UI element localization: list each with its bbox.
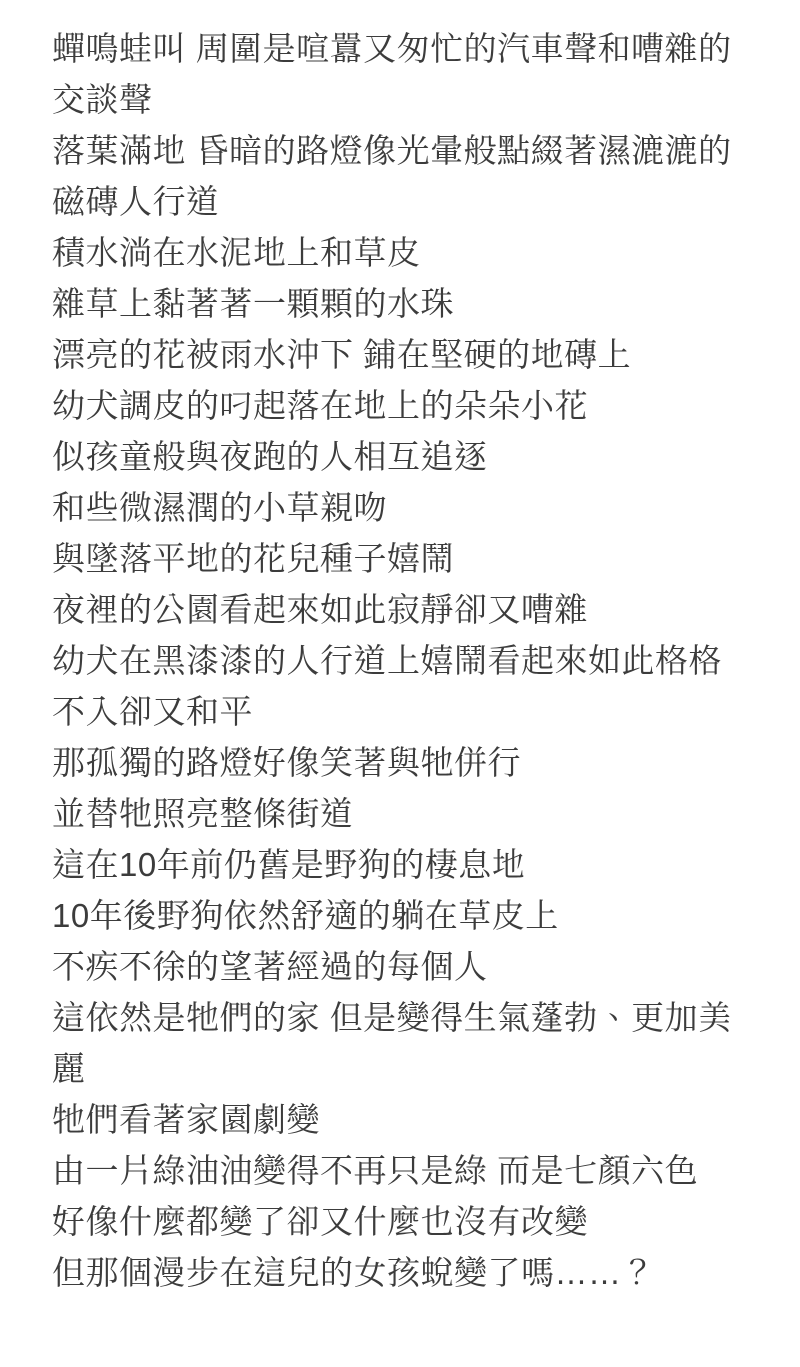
text-line: 牠們看著家園劇變 [52,1094,770,1145]
text-line: 好像什麼都變了卻又什麼也沒有改變 [52,1196,770,1247]
text-line: 雜草上黏著著一顆顆的水珠 [52,278,770,329]
text-line: 磁磚人行道 [52,176,770,227]
text-line: 這依然是牠們的家 但是變得生氣蓬勃、更加美 [52,992,770,1043]
text-line: 不疾不徐的望著經過的每個人 [52,941,770,992]
text-page: 蟬鳴蛙叫 周圍是喧囂又匆忙的汽車聲和嘈雜的交談聲落葉滿地 昏暗的路燈像光暈般點綴… [0,0,800,1367]
text-line: 這在10年前仍舊是野狗的棲息地 [52,839,770,890]
text-line: 由一片綠油油變得不再只是綠 而是七顏六色 [52,1145,770,1196]
text-line: 交談聲 [52,74,770,125]
text-line: 夜裡的公園看起來如此寂靜卻又嘈雜 [52,584,770,635]
text-line: 蟬鳴蛙叫 周圍是喧囂又匆忙的汽車聲和嘈雜的 [52,23,770,74]
text-line: 幼犬在黑漆漆的人行道上嬉鬧看起來如此格格 [52,635,770,686]
text-line: 和些微濕潤的小草親吻 [52,482,770,533]
text-line: 與墜落平地的花兒種子嬉鬧 [52,533,770,584]
text-line: 幼犬調皮的叼起落在地上的朵朵小花 [52,380,770,431]
text-line: 但那個漫步在這兒的女孩蛻變了嗎……？ [52,1247,770,1298]
text-line: 落葉滿地 昏暗的路燈像光暈般點綴著濕漉漉的 [52,125,770,176]
text-line: 那孤獨的路燈好像笑著與牠併行 [52,737,770,788]
text-line: 麗 [52,1043,770,1094]
text-line: 似孩童般與夜跑的人相互追逐 [52,431,770,482]
text-line: 不入卻又和平 [52,686,770,737]
text-line: 10年後野狗依然舒適的躺在草皮上 [52,890,770,941]
text-line: 漂亮的花被雨水沖下 鋪在堅硬的地磚上 [52,329,770,380]
text-line: 並替牠照亮整條街道 [52,788,770,839]
text-line: 積水淌在水泥地上和草皮 [52,227,770,278]
